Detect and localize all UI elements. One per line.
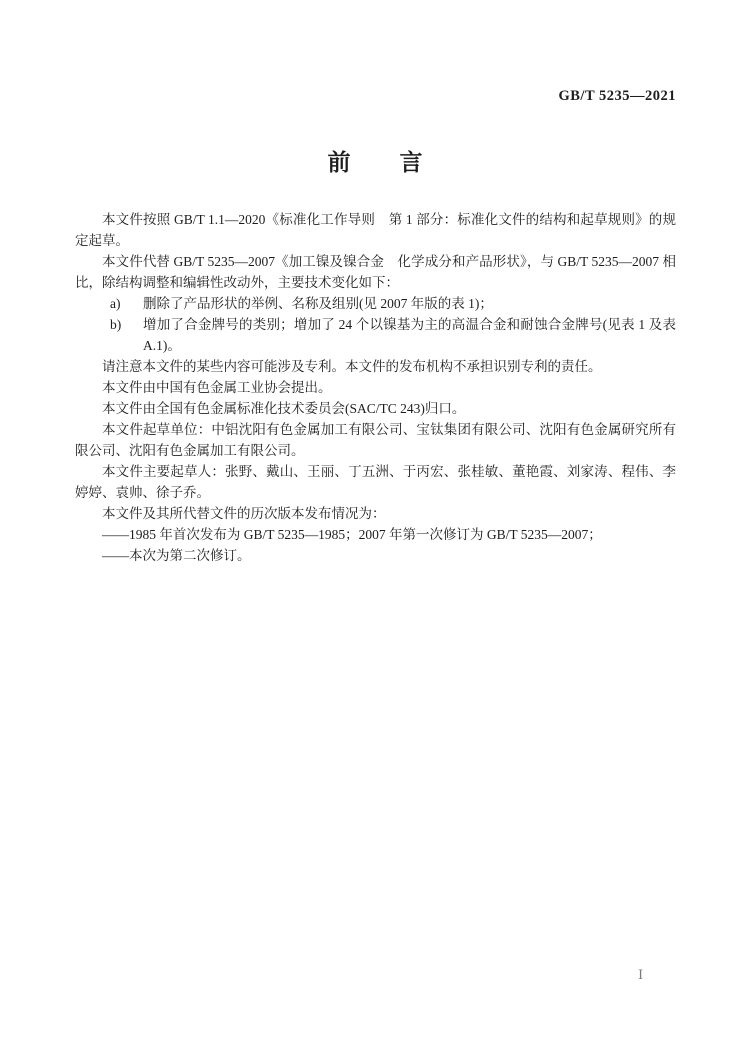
foreword-body: 本文件按照 GB/T 1.1—2020《标准化工作导则 第 1 部分：标准化文件… bbox=[75, 209, 676, 566]
change-item-b-label: b) bbox=[110, 314, 121, 335]
paragraph-replacement: 本文件代替 GB/T 5235—2007《加工镍及镍合金 化学成分和产品形状》，… bbox=[75, 251, 676, 293]
history-line-first-edition: ——1985 年首次发布为 GB/T 5235—1985；2007 年第一次修订… bbox=[75, 524, 676, 545]
change-item-a: a) 删除了产品形状的举例、名称及组别(见 2007 年版的表 1)； bbox=[75, 293, 676, 314]
foreword-title: 前 言 bbox=[75, 144, 676, 177]
paragraph-history-intro: 本文件及其所代替文件的历次版本发布情况为： bbox=[75, 503, 676, 524]
paragraph-drafters: 本文件主要起草人：张野、戴山、王丽、丁五洲、于丙宏、张桂敏、董艳霞、刘家涛、程伟… bbox=[75, 461, 676, 503]
history-line-current-revision: ——本次为第二次修订。 bbox=[75, 545, 676, 566]
change-item-b-text: 增加了合金牌号的类别；增加了 24 个以镍基为主的高温合金和耐蚀合金牌号(见表 … bbox=[143, 317, 676, 353]
change-item-a-text: 删除了产品形状的举例、名称及组别(见 2007 年版的表 1)； bbox=[143, 296, 493, 311]
paragraph-committee: 本文件由全国有色金属标准化技术委员会(SAC/TC 243)归口。 bbox=[75, 398, 676, 419]
standard-number: GB/T 5235—2021 bbox=[558, 88, 676, 105]
paragraph-basis: 本文件按照 GB/T 1.1—2020《标准化工作导则 第 1 部分：标准化文件… bbox=[75, 209, 676, 251]
paragraph-proposed-by: 本文件由中国有色金属工业协会提出。 bbox=[75, 377, 676, 398]
paragraph-drafting-units: 本文件起草单位：中铝沈阳有色金属加工有限公司、宝钛集团有限公司、沈阳有色金属研究… bbox=[75, 419, 676, 461]
document-page: GB/T 5235—2021 前 言 本文件按照 GB/T 1.1—2020《标… bbox=[0, 0, 750, 1060]
page-number: Ⅰ bbox=[638, 968, 643, 983]
change-item-b: b) 增加了合金牌号的类别；增加了 24 个以镍基为主的高温合金和耐蚀合金牌号(… bbox=[75, 314, 676, 356]
change-item-a-label: a) bbox=[110, 293, 121, 314]
paragraph-patent-notice: 请注意本文件的某些内容可能涉及专利。本文件的发布机构不承担识别专利的责任。 bbox=[75, 356, 676, 377]
